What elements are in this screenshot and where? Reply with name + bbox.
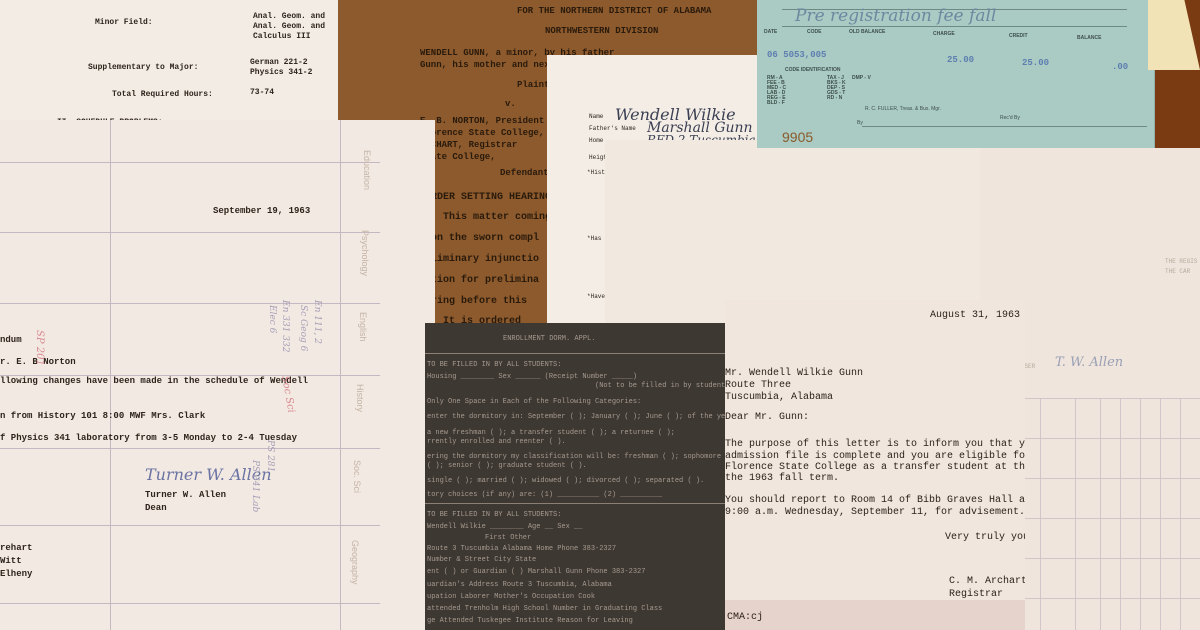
ledger-faint-text: THE CAR bbox=[1165, 268, 1190, 275]
dorm-line: Housing ________ Sex ______ (Receipt Num… bbox=[427, 373, 637, 381]
fee-receipt: Pre registration fee fall DATE CODE OLD … bbox=[757, 0, 1155, 148]
dorm-title: ENROLLMENT DORM. APPL. bbox=[503, 335, 595, 343]
dorm-line: ( ); senior ( ); graduate student ( ). bbox=[427, 462, 587, 470]
court-line: tion for prelimina bbox=[431, 275, 539, 286]
grid-column-label: Psychology bbox=[360, 230, 370, 276]
dorm-line: ent ( ) or Guardian ( ) Marshall Gunn Ph… bbox=[427, 568, 645, 576]
admission-letter: August 31, 1963 Mr. Wendell Wilkie Gunn … bbox=[725, 300, 1025, 630]
column-balance: BALANCE bbox=[1077, 35, 1101, 41]
grid-column-label: History bbox=[355, 384, 365, 412]
dorm-line: Only One Space in Each of the Following … bbox=[427, 398, 641, 406]
dorm-line: TO BE FILLED IN BY ALL STUDENTS: bbox=[427, 361, 561, 369]
supplementary-value: Physics 341-2 bbox=[250, 68, 312, 77]
ledger-faint-text: THE REGIS bbox=[1165, 258, 1197, 265]
dorm-line: attended Trenholm High School Number in … bbox=[427, 605, 662, 613]
letter-date: August 31, 1963 bbox=[930, 310, 1020, 321]
dormitory-application-form: ENROLLMENT DORM. APPL. TO BE FILLED IN B… bbox=[425, 323, 730, 630]
memo-date: September 19, 1963 bbox=[213, 206, 310, 216]
code-item: DMP - V bbox=[852, 75, 871, 81]
question: *Has bbox=[587, 235, 601, 242]
column-code: CODE bbox=[807, 29, 821, 35]
handwritten-note: PS 341 Lab bbox=[250, 460, 260, 512]
total-hours-value: 73-74 bbox=[250, 88, 274, 97]
paragraph-line: 9:00 a.m. Wednesday, September 11, for a… bbox=[725, 507, 1025, 518]
code-item: RD - N bbox=[827, 95, 842, 101]
letter-closing: Very truly yours, bbox=[945, 532, 1025, 543]
dorm-line: ge Attended Tuskegee Institute Reason fo… bbox=[427, 617, 633, 625]
curriculum-sheet: Minor Field: Anal. Geom. and Anal. Geom.… bbox=[0, 0, 338, 135]
receipt-signer: R. C. FULLER, Treas. & Bus. Mgr. bbox=[865, 106, 941, 112]
adviser-value: T. W. Allen bbox=[1055, 355, 1123, 370]
handwritten-note: PS 281 bbox=[265, 440, 275, 472]
handwritten-note: En 111, 2 bbox=[312, 300, 322, 344]
salutation: Dear Mr. Gunn: bbox=[725, 412, 809, 423]
column-credit: CREDIT bbox=[1009, 33, 1028, 39]
memo-body-line: f Physics 341 laboratory from 3-5 Monday… bbox=[0, 433, 297, 443]
grid-column-label: English bbox=[358, 312, 368, 342]
dorm-line: single ( ); married ( ); widowed ( ); di… bbox=[427, 477, 704, 485]
handwritten-note: Sc Geog 6 bbox=[298, 305, 308, 351]
dorm-line: TO BE FILLED IN BY ALL STUDENTS: bbox=[427, 511, 561, 519]
court-line: v. bbox=[505, 99, 516, 109]
court-line: This matter coming bbox=[443, 212, 551, 223]
grid-column-label: Geography bbox=[350, 540, 360, 585]
memo-signer-name: Turner W. Allen bbox=[145, 490, 226, 500]
folder-tab bbox=[1148, 0, 1200, 70]
column-old-balance: OLD BALANCE bbox=[849, 29, 885, 35]
grid-column-label: Soc. Sci bbox=[352, 460, 362, 493]
supplementary-value: German 221-2 bbox=[250, 58, 308, 67]
minor-field-value: Anal. Geom. and bbox=[253, 12, 325, 21]
stamped-credit: 25.00 bbox=[1022, 58, 1049, 68]
column-charge: CHARGE bbox=[933, 31, 955, 37]
memo-body-line: llowing changes have been made in the sc… bbox=[0, 376, 308, 386]
code-item: BLD - F bbox=[767, 100, 785, 106]
field-label: Home bbox=[589, 137, 603, 144]
dorm-line: upation Laborer Mother's Occupation Cook bbox=[427, 593, 595, 601]
receipt-number: 9905 bbox=[782, 129, 813, 145]
dorm-line: a new freshman ( ); a transfer student (… bbox=[427, 429, 675, 437]
court-line: liminary injunctio bbox=[431, 254, 539, 265]
minor-field-value: Anal. Geom. and bbox=[253, 22, 325, 31]
paragraph-line: the 1963 fall term. bbox=[725, 473, 839, 484]
memo-body-line: n from History 101 8:00 MWF Mrs. Clark bbox=[0, 411, 205, 421]
court-heading-2: NORTHWESTERN DIVISION bbox=[545, 26, 658, 36]
minor-field-label: Minor Field: bbox=[95, 18, 153, 27]
minor-field-value: Calculus III bbox=[253, 32, 311, 41]
code-heading: CODE IDENTIFICATION bbox=[785, 67, 840, 73]
court-line: E. B. NORTON, President bbox=[420, 116, 544, 126]
cc-line: rehart bbox=[0, 543, 32, 553]
court-heading-1: FOR THE NORTHERN DISTRICT OF ALABAMA bbox=[517, 6, 711, 16]
handwritten-note: Pre registration fee fall bbox=[795, 6, 996, 26]
dorm-line: uardian's Address Route 3 Tuscumbia, Ala… bbox=[427, 581, 612, 589]
dorm-line: Wendell Wilkie ________ Age __ Sex __ bbox=[427, 523, 582, 531]
dorm-line: rrently enrolled and reenter ( ). bbox=[427, 438, 566, 446]
grid-column-label: Education bbox=[362, 150, 372, 190]
dorm-line: tory choices (if any) are: (1) _________… bbox=[427, 491, 662, 499]
dorm-line: Number & Street City State bbox=[427, 556, 536, 564]
column-date: DATE bbox=[764, 29, 777, 35]
stamped-charge: 25.00 bbox=[947, 55, 974, 65]
court-line: ORDER SETTING HEARING bbox=[425, 192, 551, 203]
court-line: Florence State College, bbox=[420, 128, 544, 138]
stamped-balance: .00 bbox=[1112, 62, 1128, 72]
address-line: Route Three bbox=[725, 380, 791, 391]
handwritten-note: En 331 332 bbox=[280, 300, 290, 352]
court-line: ring before this bbox=[431, 296, 527, 307]
field-label: Name bbox=[589, 113, 603, 120]
memo-title: ndum bbox=[0, 335, 22, 345]
handwritten-note: Elec 6 bbox=[267, 305, 277, 333]
memo-signer-title: Dean bbox=[145, 503, 167, 513]
letter-initials: CMA:cj bbox=[727, 612, 763, 623]
dorm-line: Route 3 Tuscumbia Alabama Home Phone 383… bbox=[427, 545, 616, 553]
dorm-line: enter the dormitory in: September ( ); J… bbox=[427, 413, 730, 421]
court-line: on the sworn compl bbox=[431, 233, 539, 244]
paragraph-line: You should report to Room 14 of Bibb Gra… bbox=[725, 495, 1025, 506]
address-line: Mr. Wendell Wilkie Gunn bbox=[725, 368, 863, 379]
paragraph-line: The purpose of this letter is to inform … bbox=[725, 439, 1025, 450]
cc-line: Elheny bbox=[0, 569, 32, 579]
paragraph-line: admission file is complete and you are e… bbox=[725, 451, 1025, 462]
handwritten-note-red: SP 201 bbox=[34, 330, 45, 366]
address-line: Tuscumbia, Alabama bbox=[725, 392, 833, 403]
dorm-line: ering the dormitory my classification wi… bbox=[427, 453, 730, 461]
letter-signer-title: Registrar bbox=[949, 589, 1003, 600]
recd-label: Rec'd By bbox=[1000, 115, 1020, 121]
total-hours-label: Total Required Hours: bbox=[112, 90, 213, 99]
cc-line: Witt bbox=[0, 556, 22, 566]
supplementary-label: Supplementary to Major: bbox=[88, 63, 198, 72]
stamped-date: 06 5053,005 bbox=[767, 50, 826, 60]
field-label: Father's Name bbox=[589, 125, 636, 132]
schedule-change-memo: Education Psychology English History Soc… bbox=[0, 120, 435, 630]
dorm-line: First Other bbox=[485, 534, 531, 542]
paragraph-line: Florence State College as a transfer stu… bbox=[725, 462, 1025, 473]
dorm-line: (Not to be filled in by student) bbox=[595, 382, 729, 390]
letter-signer-name: C. M. Archart bbox=[949, 576, 1025, 587]
